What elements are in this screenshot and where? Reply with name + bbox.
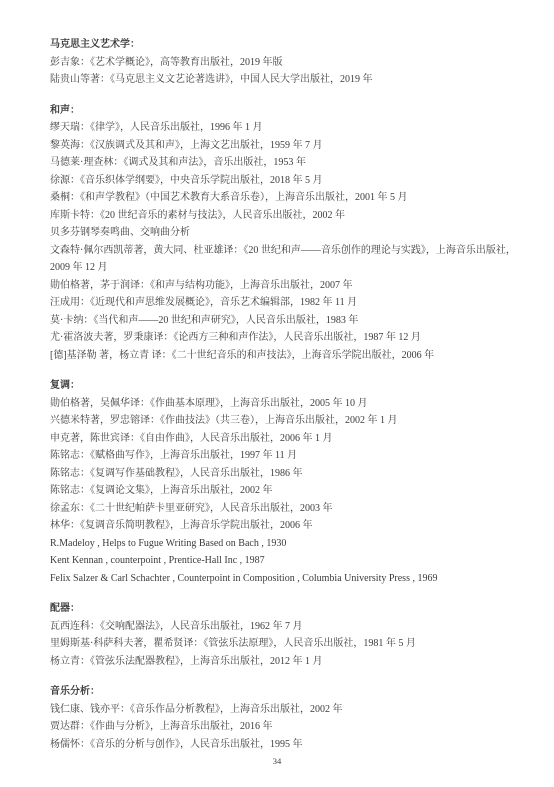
bibliography-entry: 勋伯格著，吴佩华译：《作曲基本原理》，上海音乐出版社，2005 年 10 月 xyxy=(50,395,526,413)
bibliography-entry: [德]基泽勒 著，杨立青 译：《二十世纪音乐的和声技法》，上海音乐学院出版社，2… xyxy=(50,347,526,365)
section-title: 音乐分析： xyxy=(50,683,526,701)
bibliography-entry: 林华：《复调音乐简明教程》，上海音乐学院出版社，2006 年 xyxy=(50,517,526,535)
bibliography-entry: 陈铭志：《复调论文集》，上海音乐出版社，2002 年 xyxy=(50,482,526,500)
bibliography-entry: Felix Salzer & Carl Schachter , Counterp… xyxy=(50,570,526,588)
bibliography-entry: Kent Kennan , counterpoint , Prentice-Ha… xyxy=(50,552,526,570)
document-page: 马克思主义艺术学：彭吉象：《艺术学概论》，高等教育出版社，2019 年版陆贵山等… xyxy=(0,0,554,787)
section-title: 和声： xyxy=(50,102,526,120)
section: 和声：缪天瑞：《律学》，人民音乐出版社，1996 年 1 月黎英海：《汉族调式及… xyxy=(50,102,526,365)
bibliography-entry: 陈铭志：《赋格曲写作》，上海音乐出版社，1997 年 11 月 xyxy=(50,447,526,465)
bibliography-entry: 兴德米特著，罗忠镕译：《作曲技法》（共三卷），上海音乐出版社，2002 年 1 … xyxy=(50,412,526,430)
bibliography-entry: 彭吉象：《艺术学概论》，高等教育出版社，2019 年版 xyxy=(50,54,526,72)
bibliography-entry: 桑桐：《和声学教程》（中国艺术教育大系音乐卷），上海音乐出版社，2001 年 5… xyxy=(50,189,526,207)
bibliography-entry: 库斯卡特：《20 世纪音乐的素材与技法》，人民音乐出版社，2002 年 xyxy=(50,207,526,225)
bibliography-entry: 尤·霍洛波夫著，罗秉康译：《论西方三种和声作法》，人民音乐出版社，1987 年 … xyxy=(50,329,526,347)
section-title: 配器： xyxy=(50,600,526,618)
bibliography-entry: 瓦西连科：《交响配器法》，人民音乐出版社，1962 年 7 月 xyxy=(50,618,526,636)
bibliography-entry: 马德莱·理查林：《调式及其和声法》，音乐出版社，1953 年 xyxy=(50,154,526,172)
bibliography-entry: 徐源：《音乐织体学纲要》，中央音乐学院出版社，2018 年 5 月 xyxy=(50,172,526,190)
bibliography-entry: 勋伯格著，茅于润译：《和声与结构功能》，上海音乐出版社，2007 年 xyxy=(50,277,526,295)
section: 音乐分析：钱仁康、钱亦平：《音乐作品分析教程》，上海音乐出版社，2002 年贾达… xyxy=(50,683,526,753)
section-title: 复调： xyxy=(50,377,526,395)
bibliography-entry: 杨儒怀：《音乐的分析与创作》，人民音乐出版社，1995 年 xyxy=(50,736,526,754)
section: 马克思主义艺术学：彭吉象：《艺术学概论》，高等教育出版社，2019 年版陆贵山等… xyxy=(50,36,526,89)
bibliography-entry: R.Madeloy , Helps to Fugue Writing Based… xyxy=(50,535,526,553)
bibliography-entry: 莫·卡纳：《当代和声——20 世纪和声研究》，人民音乐出版社，1983 年 xyxy=(50,312,526,330)
bibliography-entry: 申克著，陈世宾译：《自由作曲》，人民音乐出版社，2006 年 1 月 xyxy=(50,430,526,448)
bibliography: 马克思主义艺术学：彭吉象：《艺术学概论》，高等教育出版社，2019 年版陆贵山等… xyxy=(50,36,526,753)
section-title: 马克思主义艺术学： xyxy=(50,36,526,54)
bibliography-entry: 贾达群：《作曲与分析》，上海音乐出版社，2016 年 xyxy=(50,718,526,736)
bibliography-entry: 里姆斯基·科萨科夫著，瞿希贤译：《管弦乐法原理》，人民音乐出版社，1981 年 … xyxy=(50,635,526,653)
bibliography-entry: 钱仁康、钱亦平：《音乐作品分析教程》，上海音乐出版社，2002 年 xyxy=(50,701,526,719)
bibliography-entry: 汪成用：《近现代和声思维发展概论》，音乐艺术编辑部，1982 年 11 月 xyxy=(50,294,526,312)
bibliography-entry: 徐孟东：《二十世纪帕萨卡里亚研究》，人民音乐出版社，2003 年 xyxy=(50,500,526,518)
bibliography-entry: 文森特·佩尔西凯蒂著，黄大同、杜亚雄译：《20 世纪和声——音乐创作的理论与实践… xyxy=(50,242,526,277)
bibliography-entry: 杨立青：《管弦乐法配器教程》，上海音乐出版社，2012 年 1 月 xyxy=(50,653,526,671)
bibliography-entry: 陈铭志：《复调写作基础教程》，人民音乐出版社，1986 年 xyxy=(50,465,526,483)
section: 配器：瓦西连科：《交响配器法》，人民音乐出版社，1962 年 7 月里姆斯基·科… xyxy=(50,600,526,670)
bibliography-entry: 贝多芬钢琴奏鸣曲、交响曲分析 xyxy=(50,224,526,242)
bibliography-entry: 陆贵山等著：《马克思主义文艺论著选讲》，中国人民大学出版社，2019 年 xyxy=(50,71,526,89)
page-number: 34 xyxy=(0,756,554,766)
bibliography-entry: 黎英海：《汉族调式及其和声》，上海文艺出版社，1959 年 7 月 xyxy=(50,137,526,155)
section: 复调：勋伯格著，吴佩华译：《作曲基本原理》，上海音乐出版社，2005 年 10 … xyxy=(50,377,526,587)
bibliography-entry: 缪天瑞：《律学》，人民音乐出版社，1996 年 1 月 xyxy=(50,119,526,137)
